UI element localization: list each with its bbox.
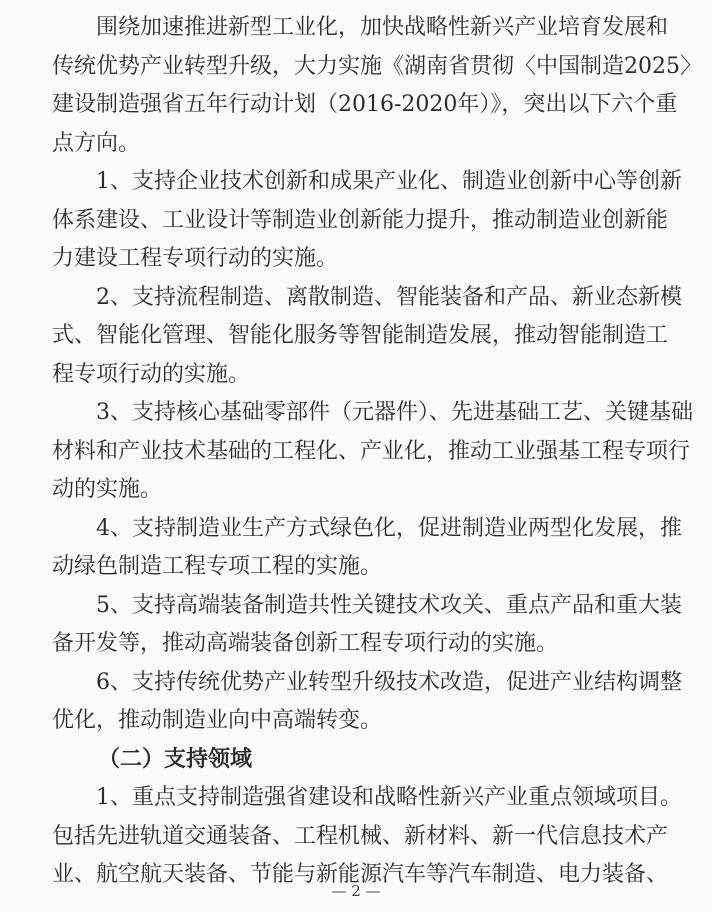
item-3-line-3: 动的实施。 — [52, 475, 658, 505]
document-page: 围绕加速推进新型工业化，加快战略性新兴产业培育发展和 传统优势产业转型升级，大力… — [0, 0, 712, 912]
item-3-line-2: 材料和产业技术基础的工程化、产业化，推动工业强基工程专项行 — [52, 437, 658, 467]
paragraph-intro-line-3: 建设制造强省五年行动计划（2016-2020年）》，突出以下六个重 — [52, 90, 658, 120]
page-number: — 2 — — [0, 882, 712, 900]
item-5-line-2: 备开发等，推动高端装备创新工程专项行动的实施。 — [52, 629, 658, 659]
item-2-line-3: 程专项行动的实施。 — [52, 360, 658, 390]
item-6-line-1: 6、支持传统优势产业转型升级技术改造，促进产业结构调整 — [96, 668, 658, 698]
item-4-line-1: 4、支持制造业生产方式绿色化，促进制造业两型化发展，推 — [96, 514, 658, 544]
item-4-line-2: 动绿色制造工程专项工程的实施。 — [52, 552, 658, 582]
area-1-line-1: 1、重点支持制造强省建设和战略性新兴产业重点领域项目。 — [96, 783, 658, 813]
item-1-line-3: 力建设工程专项行动的实施。 — [52, 244, 658, 274]
item-2-line-2: 式、智能化管理、智能化服务等智能制造发展，推动智能制造工 — [52, 321, 658, 351]
area-1-line-2: 包括先进轨道交通装备、工程机械、新材料、新一代信息技术产 — [52, 822, 658, 852]
item-5-line-1: 5、支持高端装备制造共性关键技术攻关、重点产品和重大装 — [96, 591, 658, 621]
item-1-line-2: 体系建设、工业设计等制造业创新能力提升，推动制造业创新能 — [52, 206, 658, 236]
paragraph-intro-line-4: 点方向。 — [52, 129, 658, 159]
item-6-line-2: 优化，推动制造业向中高端转变。 — [52, 706, 658, 736]
item-2-line-1: 2、支持流程制造、离散制造、智能装备和产品、新业态新模 — [96, 283, 658, 313]
item-3-line-1: 3、支持核心基础零部件（元器件）、先进基础工艺、关键基础 — [96, 398, 658, 428]
section-heading-support-areas: （二）支持领域 — [98, 745, 252, 775]
paragraph-intro-line-1: 围绕加速推进新型工业化，加快战略性新兴产业培育发展和 — [96, 13, 658, 43]
item-1-line-1: 1、支持企业技术创新和成果产业化、制造业创新中心等创新 — [96, 167, 658, 197]
paragraph-intro-line-2: 传统优势产业转型升级，大力实施《湖南省贯彻〈中国制造2025〉 — [52, 52, 658, 82]
